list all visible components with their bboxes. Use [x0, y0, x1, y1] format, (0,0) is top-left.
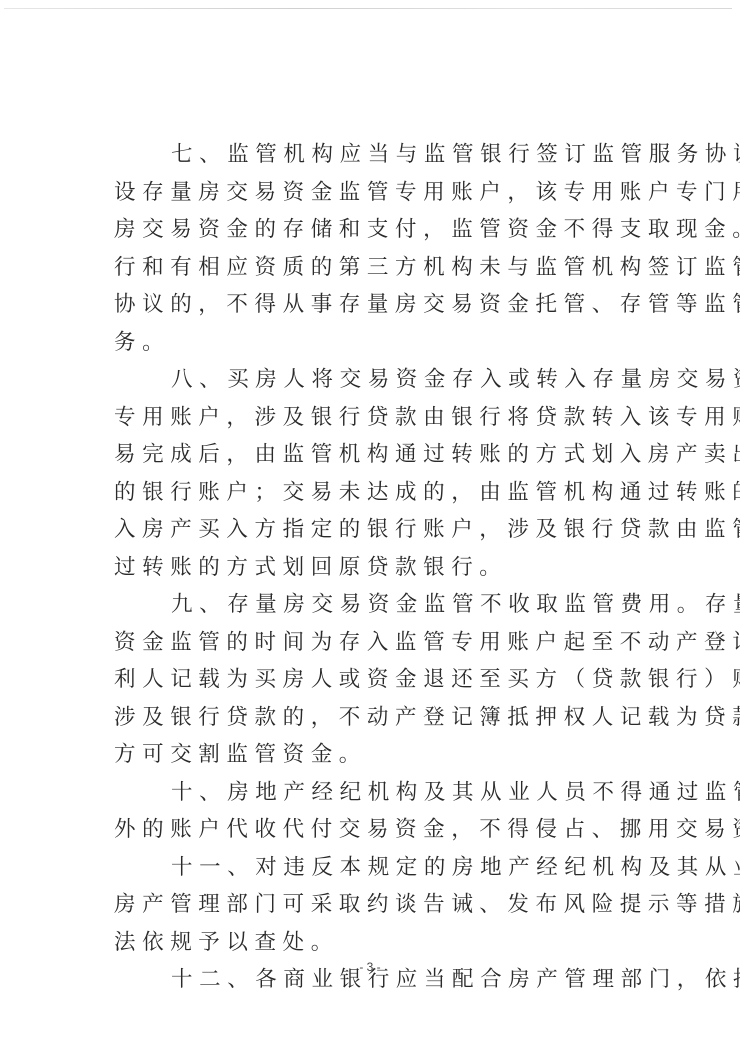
text-line: 房产管理部门可采取约谈告诫、发布风险提示等措施，并依	[114, 886, 630, 924]
text-line: 设存量房交易资金监管专用账户，该专用账户专门用于存量	[114, 174, 630, 212]
text-line: 涉及银行贷款的，不动产登记簿抵押权人记载为贷款银行后，	[114, 699, 630, 737]
document-body: 七、监管机构应当与监管银行签订监管服务协议，并开 设存量房交易资金监管专用账户，…	[114, 136, 630, 999]
text-line: 九、存量房交易资金监管不收取监管费用。存量房交易	[114, 586, 630, 624]
text-line: 务。	[114, 324, 630, 362]
text-line: 入房产买入方指定的银行账户，涉及银行贷款由监管机构通	[114, 511, 630, 549]
page-number: - 3 -	[0, 960, 740, 974]
text-line: 十、房地产经纪机构及其从业人员不得通过监管账户以	[114, 774, 630, 812]
text-line: 易完成后，由监管机构通过转账的方式划入房产卖出方指定	[114, 436, 630, 474]
text-line: 法依规予以查处。	[114, 924, 630, 962]
article-9: 九、存量房交易资金监管不收取监管费用。存量房交易 资金监管的时间为存入监管专用账…	[114, 586, 630, 774]
text-line: 专用账户，涉及银行贷款由银行将贷款转入该专用账户。交	[114, 399, 630, 437]
article-8: 八、买房人将交易资金存入或转入存量房交易资金监管 专用账户，涉及银行贷款由银行将…	[114, 361, 630, 586]
text-line: 协议的，不得从事存量房交易资金托管、存管等监管相关业	[114, 286, 630, 324]
text-line: 七、监管机构应当与监管银行签订监管服务协议，并开	[114, 136, 630, 174]
text-line: 的银行账户；交易未达成的，由监管机构通过转账的方式划	[114, 474, 630, 512]
article-11: 十一、对违反本规定的房地产经纪机构及其从业人员， 房产管理部门可采取约谈告诫、发…	[114, 849, 630, 962]
text-line: 十一、对违反本规定的房地产经纪机构及其从业人员，	[114, 849, 630, 887]
scan-top-edge	[4, 8, 732, 9]
text-line: 房交易资金的存储和支付，监管资金不得支取现金。商业银	[114, 211, 630, 249]
article-10: 十、房地产经纪机构及其从业人员不得通过监管账户以 外的账户代收代付交易资金，不得…	[114, 774, 630, 849]
text-line: 资金监管的时间为存入监管专用账户起至不动产登记簿权	[114, 624, 630, 662]
text-line: 方可交割监管资金。	[114, 736, 630, 774]
text-line: 行和有相应资质的第三方机构未与监管机构签订监管服务	[114, 249, 630, 287]
article-7: 七、监管机构应当与监管银行签订监管服务协议，并开 设存量房交易资金监管专用账户，…	[114, 136, 630, 361]
text-line: 过转账的方式划回原贷款银行。	[114, 549, 630, 587]
text-line: 外的账户代收代付交易资金，不得侵占、挪用交易资金。	[114, 811, 630, 849]
text-line: 利人记载为买房人或资金退还至买方（贷款银行）账户止。	[114, 661, 630, 699]
text-line: 八、买房人将交易资金存入或转入存量房交易资金监管	[114, 361, 630, 399]
